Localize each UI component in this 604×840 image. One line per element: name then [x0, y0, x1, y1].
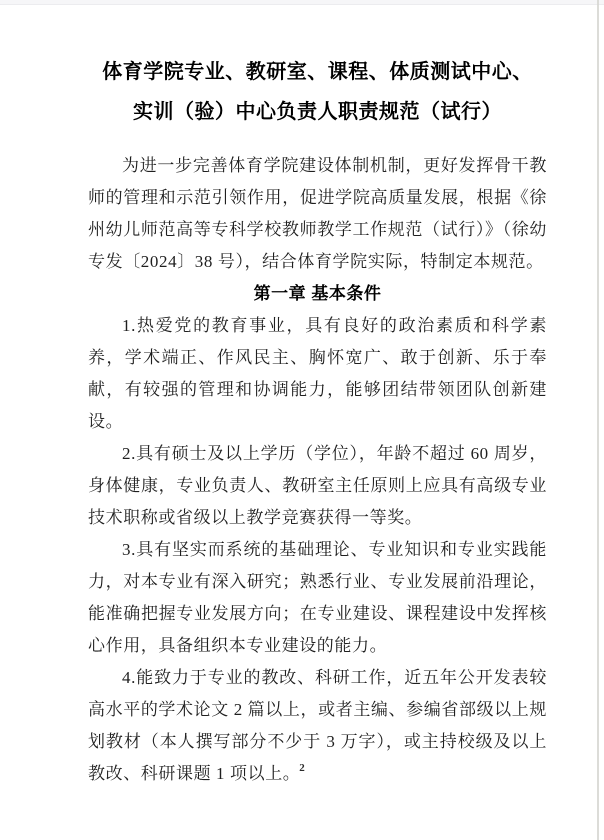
- requirement-item-3: 3.具有坚实而系统的基础理论、专业知识和专业实践能力，对本专业有深入研究；熟悉行…: [88, 534, 547, 662]
- chapter-heading: 第一章 基本条件: [88, 278, 547, 310]
- document-page: 体育学院专业、教研室、课程、体质测试中心、 实训（验）中心负责人职责规范（试行）…: [0, 0, 604, 840]
- intro-paragraph: 为进一步完善体育学院建设体制机制，更好发挥骨干教师的管理和示范引领作用，促进学院…: [88, 150, 547, 278]
- page-number: 2: [0, 762, 604, 774]
- document-title-line-2: 实训（验）中心负责人职责规范（试行）: [88, 92, 547, 132]
- document-title-line-1: 体育学院专业、教研室、课程、体质测试中心、: [88, 52, 547, 92]
- page-content: 体育学院专业、教研室、课程、体质测试中心、 实训（验）中心负责人职责规范（试行）…: [0, 0, 604, 790]
- document-title: 体育学院专业、教研室、课程、体质测试中心、 实训（验）中心负责人职责规范（试行）: [88, 52, 547, 132]
- requirement-item-1: 1.热爱党的教育事业，具有良好的政治素质和科学素养，学术端正、作风民主、胸怀宽广…: [88, 310, 547, 438]
- requirement-item-2: 2.具有硕士及以上学历（学位），年龄不超过 60 周岁，身体健康，专业负责人、教…: [88, 438, 547, 534]
